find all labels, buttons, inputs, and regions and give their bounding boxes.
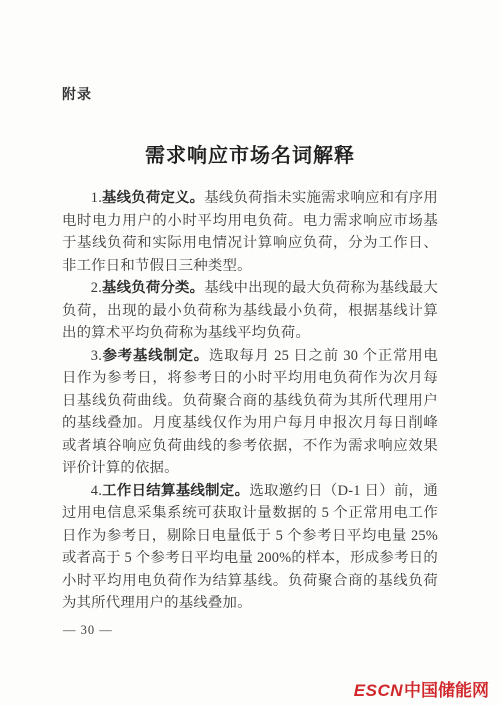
paragraph-number: 1. — [91, 190, 102, 206]
paragraph: 4.工作日结算基线制定。选取邀约日（D-1 日）前，通过用电信息采集系统可获取计… — [62, 480, 438, 615]
paragraph: 2.基线负荷分类。基线中出现的最大负荷称为基线最大负荷，出现的最小负荷称为基线最… — [62, 277, 438, 345]
escn-logo: ESCN中国储能网 — [354, 682, 489, 699]
paragraph: 1.基线负荷定义。基线负荷指未实施需求响应和有序用电时电力用户的小时平均用电负荷… — [62, 187, 438, 277]
paragraph-text: 选取每月 25 日之前 30 个正常用电日作为参考日，将参考日的小时平均用电负荷… — [62, 348, 438, 477]
document-page: 附录 需求响应市场名词解释 1.基线负荷定义。基线负荷指未实施需求响应和有序用电… — [0, 0, 500, 706]
paragraph: 3.参考基线制定。选取每月 25 日之前 30 个正常用电日作为参考日，将参考日… — [62, 345, 438, 480]
paragraph-number: 3. — [91, 348, 102, 364]
page-number: — 30 — — [63, 623, 113, 638]
term-label: 基线负荷定义。 — [102, 190, 204, 206]
paragraph-text: 选取邀约日（D-1 日）前，通过用电信息采集系统可获取计量数据的 5 个正常用电… — [62, 483, 438, 612]
appendix-label: 附录 — [62, 84, 92, 104]
term-label: 参考基线制定。 — [102, 348, 209, 364]
paragraph-number: 4. — [91, 483, 102, 499]
paragraph-number: 2. — [91, 280, 102, 296]
term-label: 工作日结算基线制定。 — [102, 483, 249, 499]
term-label: 基线负荷分类。 — [102, 280, 204, 296]
document-body: 1.基线负荷定义。基线负荷指未实施需求响应和有序用电时电力用户的小时平均用电负荷… — [62, 187, 438, 615]
escn-logo-text-en: ESCN — [354, 681, 403, 700]
escn-logo-text-cn: 中国储能网 — [404, 681, 489, 700]
page-title: 需求响应市场名词解释 — [0, 139, 500, 168]
